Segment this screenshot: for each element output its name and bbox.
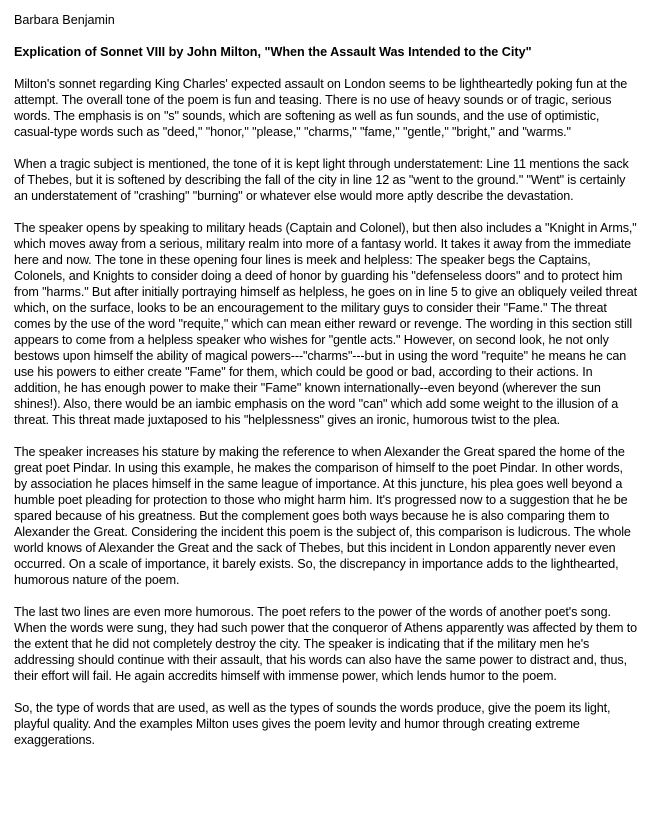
paragraph-alexander-pindar: The speaker increases his stature by mak… (14, 444, 638, 588)
document-page: Barbara Benjamin Explication of Sonnet V… (0, 0, 646, 748)
paragraph-last-two-lines: The last two lines are even more humorou… (14, 604, 638, 684)
author-name: Barbara Benjamin (14, 12, 638, 28)
essay-title: Explication of Sonnet VIII by John Milto… (14, 44, 638, 60)
paragraph-speaker-opening: The speaker opens by speaking to militar… (14, 220, 638, 428)
paragraph-tone: Milton's sonnet regarding King Charles' … (14, 76, 638, 140)
paragraph-conclusion: So, the type of words that are used, as … (14, 700, 638, 748)
paragraph-understatement: When a tragic subject is mentioned, the … (14, 156, 638, 204)
